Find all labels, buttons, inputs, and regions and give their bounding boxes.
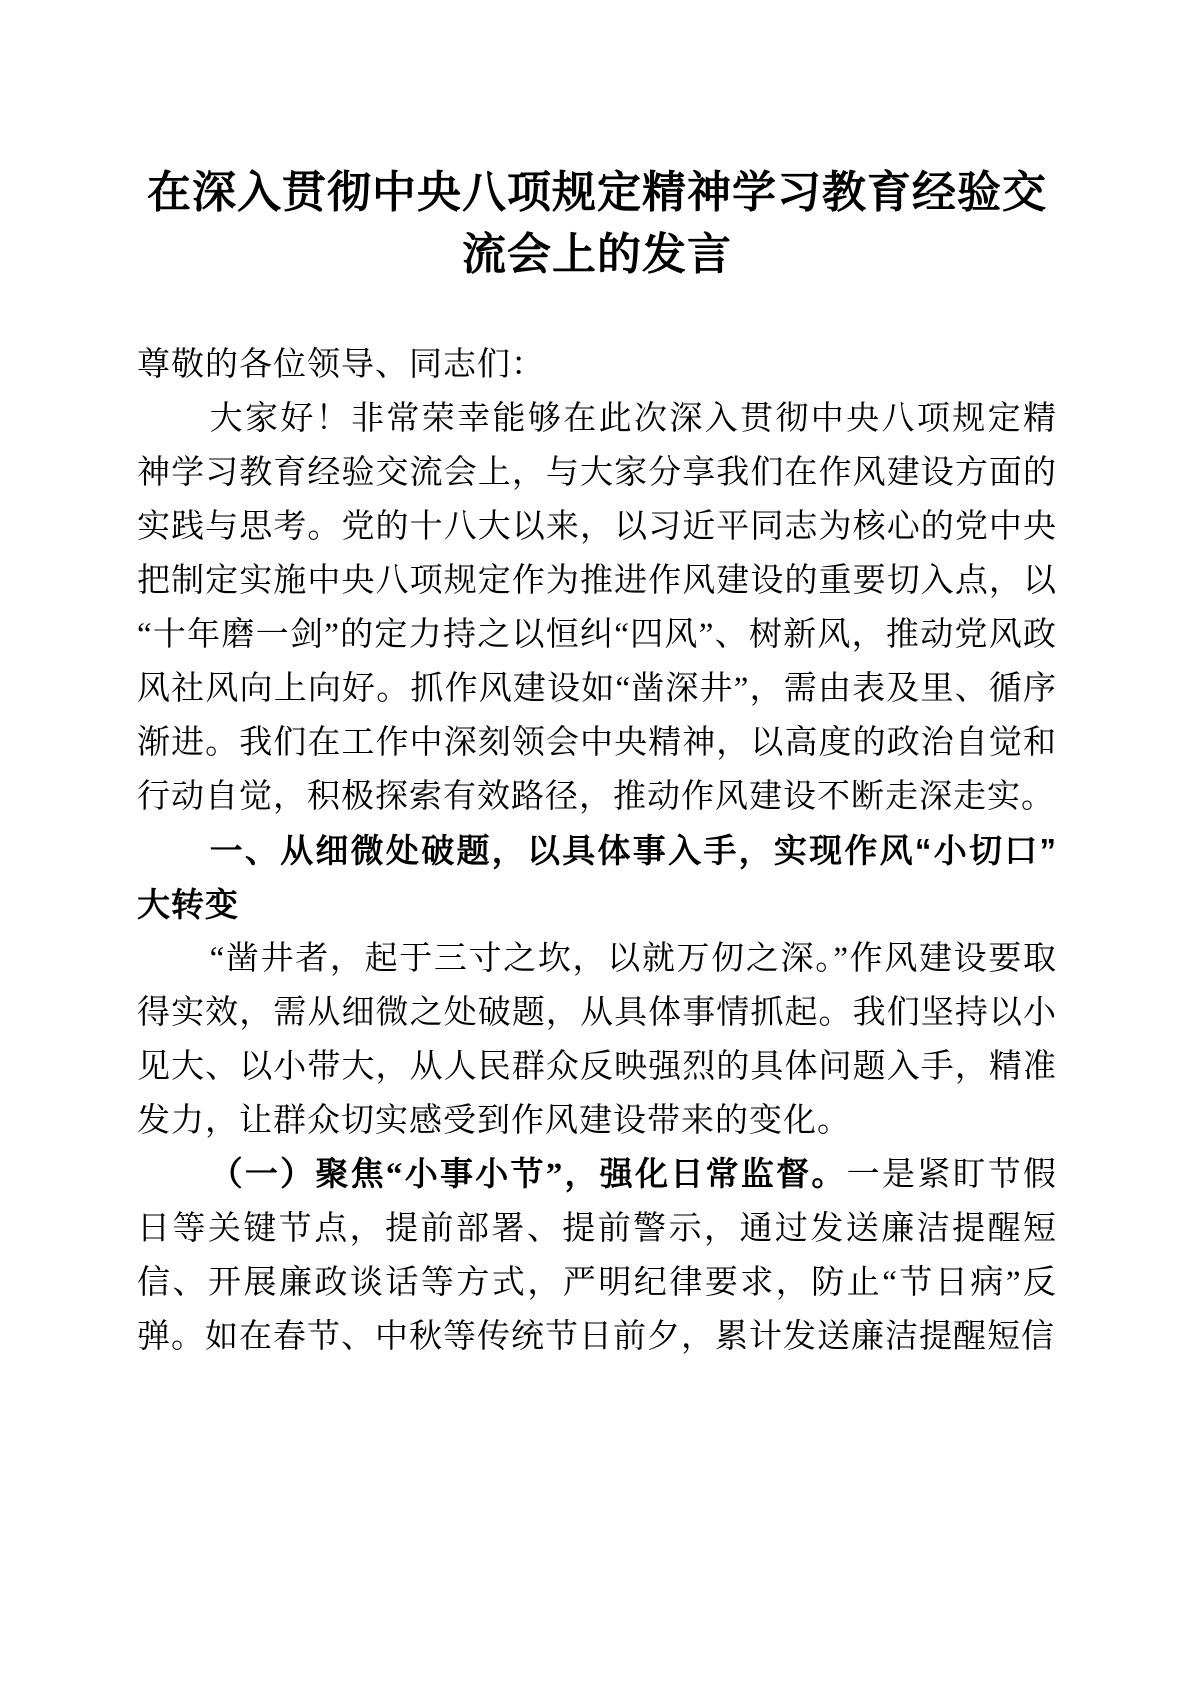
section-1-item-1-lead: （一）聚焦“小事小节”，强化日常监督。 — [210, 1157, 847, 1193]
section-1-item-1-paragraph: （一）聚焦“小事小节”，强化日常监督。一是紧盯节假日等关键节点，提前部署、提前警… — [137, 1148, 1057, 1364]
document-content: 在深入贯彻中央八项规定精神学习教育经验交流会上的发言 尊敬的各位领导、同志们： … — [137, 0, 1057, 1364]
document-title: 在深入贯彻中央八项规定精神学习教育经验交流会上的发言 — [137, 162, 1057, 286]
salutation: 尊敬的各位领导、同志们： — [137, 338, 1057, 392]
section-1-heading: 一、从细微处破题，以具体事入手，实现作风“小切口”大转变 — [137, 824, 1057, 932]
section-1-lead-paragraph: “凿井者，起于三寸之坎，以就万仞之深。”作风建设要取得实效，需从细微之处破题，从… — [137, 932, 1057, 1148]
intro-paragraph: 大家好！非常荣幸能够在此次深入贯彻中央八项规定精神学习教育经验交流会上，与大家分… — [137, 392, 1057, 824]
document-body: 尊敬的各位领导、同志们： 大家好！非常荣幸能够在此次深入贯彻中央八项规定精神学习… — [137, 338, 1057, 1364]
document-page: 在深入贯彻中央八项规定精神学习教育经验交流会上的发言 尊敬的各位领导、同志们： … — [0, 0, 1190, 1683]
